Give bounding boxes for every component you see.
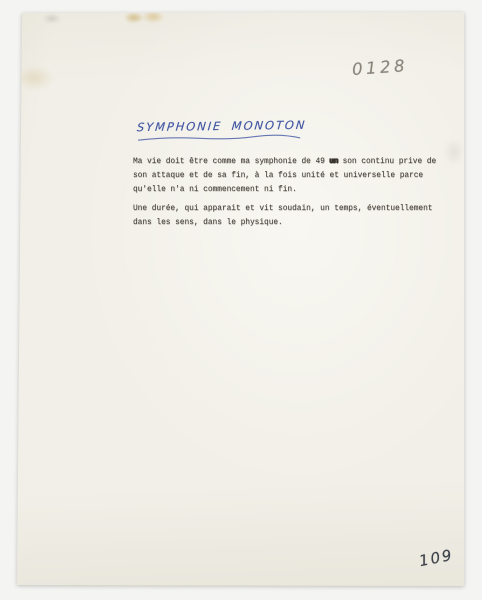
stain-top <box>123 10 165 27</box>
paper-shadow <box>0 0 482 600</box>
typed-line1-post: son continu prive de <box>343 158 437 166</box>
typed-paragraphs: Ma vie doit être comme ma symphonie de 4… <box>133 155 463 230</box>
typed-line: dans les sens, dans le physique. <box>133 216 463 230</box>
typed-line: Ma vie doit être comme ma symphonie de 4… <box>133 155 463 169</box>
stain-left <box>18 66 54 90</box>
paper-sheet <box>0 0 482 600</box>
typed-line: son attaque et de sa fin, à la fois unit… <box>133 169 463 183</box>
scanned-document: 0128 SYMPHONIE MONOTON Ma vie doit être … <box>0 0 482 600</box>
catalog-number-handwritten: 0128 <box>351 56 408 79</box>
document-title: SYMPHONIE MONOTON <box>136 118 307 134</box>
typed-line: qu'elle n'a ni commencement ni fin. <box>133 183 463 197</box>
title-block: SYMPHONIE MONOTON <box>137 118 307 143</box>
typed-line1-pre: Ma vie doit être comme ma symphonie de 4… <box>133 158 325 166</box>
typed-line: Une durée, qui apparait et vit soudain, … <box>133 202 463 216</box>
typed-line1-overstruck-word: un <box>330 158 338 166</box>
smudge-top-left <box>43 14 61 23</box>
